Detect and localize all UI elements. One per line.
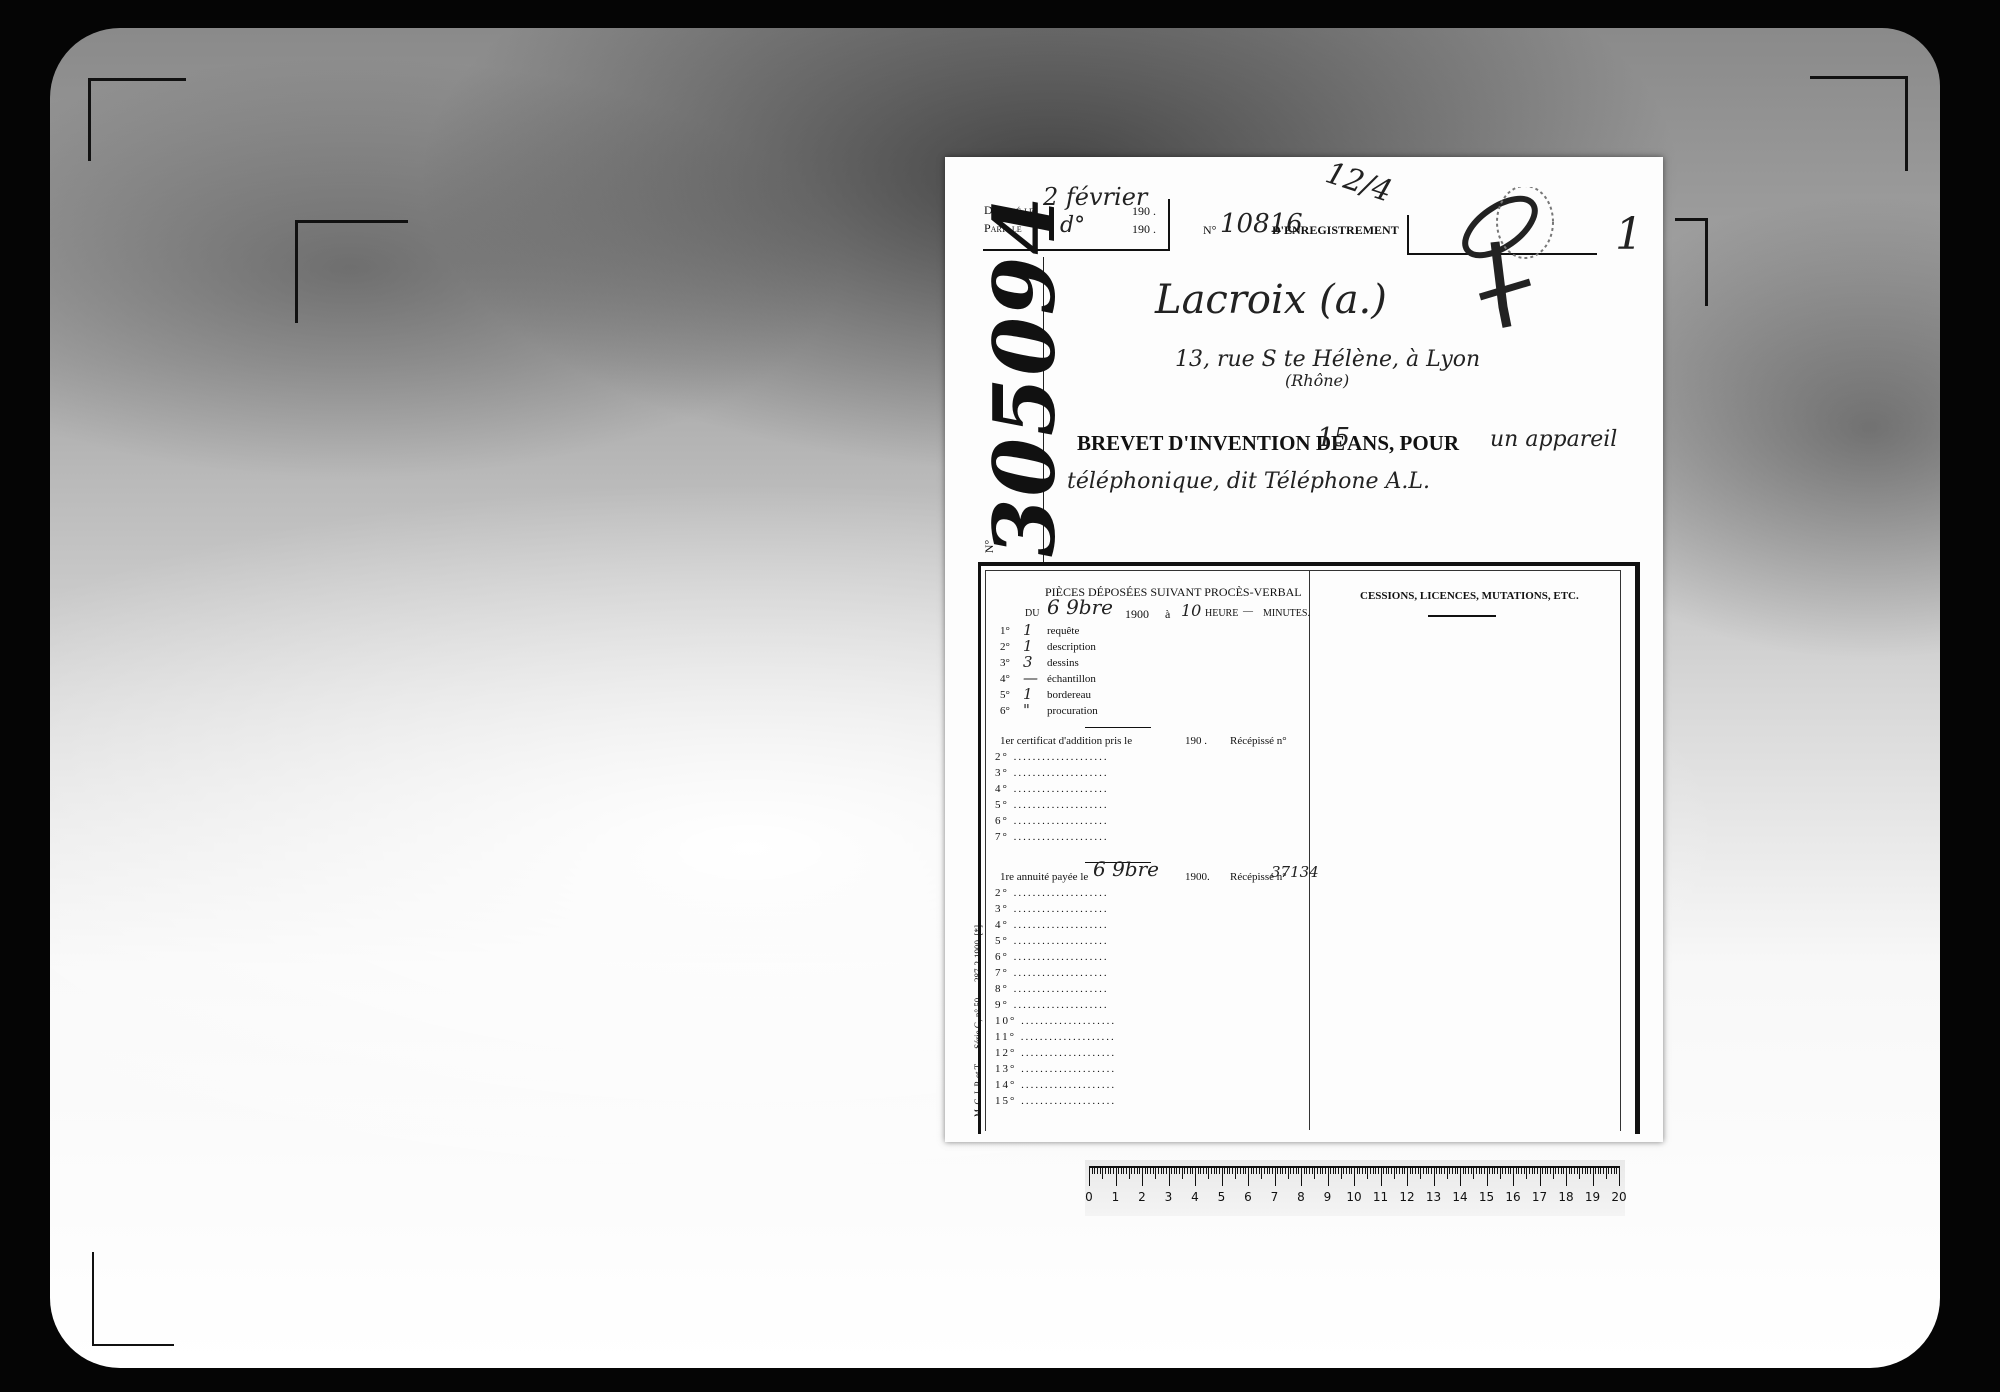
ruler-tick bbox=[1394, 1166, 1395, 1179]
ruler-tick bbox=[1224, 1166, 1225, 1174]
handwritten-stamp-mark bbox=[1425, 187, 1575, 337]
holder-address-line2: (Rhône) bbox=[1285, 371, 1349, 390]
crop-mark-bottom-left bbox=[92, 1252, 174, 1346]
ruler-tick bbox=[1577, 1166, 1578, 1174]
ruler-tick bbox=[1192, 1166, 1193, 1174]
ruler-tick bbox=[1094, 1166, 1095, 1174]
ruler-label: 14 bbox=[1452, 1190, 1467, 1204]
ruler-tick bbox=[1614, 1166, 1615, 1174]
ruler-tick bbox=[1526, 1166, 1527, 1179]
ruler-label: 7 bbox=[1271, 1190, 1279, 1204]
ruler-tick bbox=[1121, 1166, 1122, 1174]
ruler-tick bbox=[1532, 1166, 1533, 1174]
ruler-tick bbox=[1608, 1166, 1609, 1174]
ruler-tick bbox=[1571, 1166, 1572, 1174]
piece-number: 5° bbox=[1000, 689, 1010, 701]
title-object-line1: un appareil bbox=[1490, 427, 1617, 452]
ruler-tick bbox=[1598, 1166, 1599, 1174]
ruler-tick bbox=[1269, 1166, 1270, 1174]
annuite-row: 6° .................... bbox=[995, 951, 1105, 963]
ruler-tick bbox=[1335, 1166, 1336, 1174]
ruler-tick bbox=[1579, 1166, 1580, 1179]
ruler-tick bbox=[1396, 1166, 1397, 1174]
ruler-tick bbox=[1455, 1166, 1456, 1174]
patent-number-prefix: N° bbox=[982, 540, 997, 553]
ruler-tick bbox=[1367, 1166, 1368, 1179]
ruler-tick bbox=[1553, 1166, 1554, 1179]
ruler-tick bbox=[1434, 1166, 1435, 1186]
ruler-tick bbox=[1452, 1166, 1453, 1174]
annuite-recepisse-value: 37134 bbox=[1271, 863, 1319, 881]
ruler-tick bbox=[1378, 1166, 1379, 1174]
ruler-label: 4 bbox=[1191, 1190, 1199, 1204]
ruler-tick bbox=[1139, 1166, 1140, 1174]
ruler-tick bbox=[1439, 1166, 1440, 1174]
ruler-tick bbox=[1264, 1166, 1265, 1174]
ruler-tick bbox=[1616, 1166, 1617, 1174]
ruler-label: 9 bbox=[1324, 1190, 1332, 1204]
side-caption: M. C. I. P. et T. — Série G, n° 50. — 28… bbox=[973, 925, 983, 1117]
column-divider bbox=[1309, 570, 1310, 1130]
ruler-tick bbox=[1325, 1166, 1326, 1174]
ruler-tick bbox=[1574, 1166, 1575, 1174]
ruler-tick bbox=[1593, 1166, 1594, 1186]
ruler-tick bbox=[1391, 1166, 1392, 1174]
ruler-tick bbox=[1603, 1166, 1604, 1174]
ruler-tick bbox=[1142, 1166, 1143, 1186]
ruler-tick bbox=[1471, 1166, 1472, 1174]
ruler-tick bbox=[1540, 1166, 1541, 1186]
ruler-tick bbox=[1285, 1166, 1286, 1174]
ruler-tick bbox=[1518, 1166, 1519, 1174]
ruler-tick bbox=[1407, 1166, 1408, 1186]
ruler-tick bbox=[1158, 1166, 1159, 1174]
piece-number: 2° bbox=[1000, 641, 1010, 653]
ruler-tick bbox=[1137, 1166, 1138, 1174]
ruler-tick bbox=[1444, 1166, 1445, 1174]
ruler-tick bbox=[1542, 1166, 1543, 1174]
ruler-tick bbox=[1190, 1166, 1191, 1174]
ruler-tick bbox=[1100, 1166, 1101, 1174]
ruler-tick bbox=[1487, 1166, 1488, 1186]
ruler-tick bbox=[1463, 1166, 1464, 1174]
annuite-row: 4° .................... bbox=[995, 919, 1105, 931]
ruler-tick bbox=[1306, 1166, 1307, 1174]
ruler-tick bbox=[1328, 1166, 1329, 1186]
ruler-label: 20 bbox=[1611, 1190, 1626, 1204]
ruler-tick bbox=[1134, 1166, 1135, 1174]
ruler-tick bbox=[1089, 1166, 1090, 1186]
ruler-tick bbox=[1436, 1166, 1437, 1174]
ruler-tick bbox=[1118, 1166, 1119, 1174]
ruler-tick bbox=[1399, 1166, 1400, 1174]
holder-name: Lacroix (a.) bbox=[1155, 277, 1387, 323]
patent-number: 305094 bbox=[975, 194, 1074, 557]
ruler-tick bbox=[1481, 1166, 1482, 1174]
ruler-label: 10 bbox=[1346, 1190, 1361, 1204]
ruler-tick bbox=[1256, 1166, 1257, 1174]
ruler-tick bbox=[1457, 1166, 1458, 1174]
ruler-tick bbox=[1595, 1166, 1596, 1174]
annuite-row: 7° .................... bbox=[995, 967, 1105, 979]
ruler-tick bbox=[1547, 1166, 1548, 1174]
ruler-tick bbox=[1229, 1166, 1230, 1174]
ruler-label: 11 bbox=[1373, 1190, 1388, 1204]
ruler-tick bbox=[1198, 1166, 1199, 1174]
ruler-tick bbox=[1418, 1166, 1419, 1174]
ruler-label: 0 bbox=[1085, 1190, 1093, 1204]
ruler-tick bbox=[1431, 1166, 1432, 1174]
ruler-tick bbox=[1524, 1166, 1525, 1174]
ruler-tick bbox=[1516, 1166, 1517, 1174]
annuite-first-label: 1re annuité payée le bbox=[1000, 871, 1088, 883]
ruler-tick bbox=[1489, 1166, 1490, 1174]
crop-mark-top-left-outer bbox=[88, 78, 186, 161]
ruler-tick bbox=[1290, 1166, 1291, 1174]
ruler-tick bbox=[1341, 1166, 1342, 1179]
ruler-tick bbox=[1248, 1166, 1249, 1186]
ruler-tick bbox=[1370, 1166, 1371, 1174]
ruler-tick bbox=[1513, 1166, 1514, 1186]
ruler-tick bbox=[1484, 1166, 1485, 1174]
pieces-minutes-value: — bbox=[1243, 606, 1253, 617]
ruler-tick bbox=[1102, 1166, 1103, 1179]
ruler-tick bbox=[1351, 1166, 1352, 1174]
ruler-tick bbox=[1479, 1166, 1480, 1174]
header-rule-left-vertical bbox=[1168, 199, 1170, 251]
ruler-tick bbox=[1468, 1166, 1469, 1174]
ruler-label: 8 bbox=[1297, 1190, 1305, 1204]
ruler-tick bbox=[1582, 1166, 1583, 1174]
ruler-tick bbox=[1216, 1166, 1217, 1174]
ruler-tick bbox=[1343, 1166, 1344, 1174]
ruler-tick bbox=[1108, 1166, 1109, 1174]
ruler-tick bbox=[1510, 1166, 1511, 1174]
patent-card: Délivré le 2 février 190 . Parti le d° 1… bbox=[945, 157, 1663, 1142]
ruler-tick bbox=[1182, 1166, 1183, 1179]
ruler-tick bbox=[1428, 1166, 1429, 1174]
ruler-tick bbox=[1259, 1166, 1260, 1174]
certificat-row: 2° .................... bbox=[995, 751, 1105, 763]
ruler-tick bbox=[1235, 1166, 1236, 1179]
ruler-tick bbox=[1253, 1166, 1254, 1174]
ruler-tick bbox=[1245, 1166, 1246, 1174]
ruler-tick bbox=[1304, 1166, 1305, 1174]
annuite-row: 15° .................... bbox=[995, 1095, 1105, 1107]
ruler-tick bbox=[1420, 1166, 1421, 1179]
ruler-tick bbox=[1312, 1166, 1313, 1174]
ruler-tick bbox=[1415, 1166, 1416, 1174]
ruler-tick bbox=[1296, 1166, 1297, 1174]
ruler-tick bbox=[1147, 1166, 1148, 1174]
ruler-tick bbox=[1349, 1166, 1350, 1174]
ruler-tick bbox=[1243, 1166, 1244, 1174]
ruler-tick bbox=[1145, 1166, 1146, 1174]
ruler-tick bbox=[1465, 1166, 1466, 1174]
ruler-tick bbox=[1563, 1166, 1564, 1174]
ruler-tick bbox=[1373, 1166, 1374, 1174]
ruler-tick bbox=[1330, 1166, 1331, 1174]
piece-label: bordereau bbox=[1047, 689, 1091, 701]
ruler-tick bbox=[1282, 1166, 1283, 1174]
annuite-row: 3° .................... bbox=[995, 903, 1105, 915]
pieces-separator bbox=[1085, 727, 1151, 728]
ruler-tick bbox=[1611, 1166, 1612, 1174]
ruler-tick bbox=[1163, 1166, 1164, 1174]
crop-mark-top-left-inner bbox=[295, 220, 408, 323]
annuite-year: 1900. bbox=[1185, 871, 1210, 883]
ruler-label: 2 bbox=[1138, 1190, 1146, 1204]
certificat-row: 5° .................... bbox=[995, 799, 1105, 811]
ruler-tick bbox=[1301, 1166, 1302, 1186]
ruler-tick bbox=[1298, 1166, 1299, 1174]
ruler-tick bbox=[1251, 1166, 1252, 1174]
ruler-label: 13 bbox=[1426, 1190, 1441, 1204]
parti-year: 190 . bbox=[1132, 222, 1156, 237]
annuite-row: 8° .................... bbox=[995, 983, 1105, 995]
ruler-tick bbox=[1473, 1166, 1474, 1179]
ruler-tick bbox=[1275, 1166, 1276, 1186]
annuite-first-date: 6 9bre bbox=[1093, 857, 1159, 881]
ruler-tick bbox=[1153, 1166, 1154, 1174]
ruler-tick bbox=[1155, 1166, 1156, 1179]
ruler-tick bbox=[1502, 1166, 1503, 1174]
ruler-tick bbox=[1606, 1166, 1607, 1179]
holder-address-line1: 13, rue S te Hélène, à Lyon bbox=[1175, 347, 1480, 372]
ruler-tick bbox=[1219, 1166, 1220, 1174]
ruler-tick bbox=[1561, 1166, 1562, 1174]
ruler-tick bbox=[1365, 1166, 1366, 1174]
ruler-tick bbox=[1277, 1166, 1278, 1174]
crop-mark-top-right-outer bbox=[1810, 76, 1908, 171]
ruler-label: 17 bbox=[1532, 1190, 1547, 1204]
piece-label: échantillon bbox=[1047, 673, 1096, 685]
ruler-tick bbox=[1587, 1166, 1588, 1174]
piece-label: description bbox=[1047, 641, 1096, 653]
ruler-tick bbox=[1232, 1166, 1233, 1174]
ruler-tick bbox=[1381, 1166, 1382, 1186]
certificat-row: 6° .................... bbox=[995, 815, 1105, 827]
title-object-line2: téléphonique, dit Téléphone A.L. bbox=[1067, 469, 1430, 494]
ruler-tick bbox=[1333, 1166, 1334, 1174]
ruler-tick bbox=[1171, 1166, 1172, 1174]
ruler-tick bbox=[1113, 1166, 1114, 1174]
pieces-year: 1900 bbox=[1125, 607, 1149, 622]
annuite-row: 5° .................... bbox=[995, 935, 1105, 947]
ruler-tick bbox=[1187, 1166, 1188, 1174]
ruler-tick bbox=[1280, 1166, 1281, 1174]
ruler-tick bbox=[1261, 1166, 1262, 1179]
ruler-tick bbox=[1161, 1166, 1162, 1174]
annuite-row: 9° .................... bbox=[995, 999, 1105, 1011]
ruler-tick bbox=[1404, 1166, 1405, 1174]
ruler-tick bbox=[1402, 1166, 1403, 1174]
ruler-label: 16 bbox=[1505, 1190, 1520, 1204]
piece-label: dessins bbox=[1047, 657, 1079, 669]
annuite-row: 13° .................... bbox=[995, 1063, 1105, 1075]
pieces-hour-value: 10 bbox=[1181, 601, 1201, 620]
ruler-label: 5 bbox=[1218, 1190, 1226, 1204]
ruler-tick bbox=[1521, 1166, 1522, 1174]
piece-count: " bbox=[1023, 701, 1030, 719]
ruler-tick bbox=[1441, 1166, 1442, 1174]
ruler-tick bbox=[1184, 1166, 1185, 1174]
ruler-tick bbox=[1317, 1166, 1318, 1174]
ruler-tick bbox=[1449, 1166, 1450, 1174]
ruler-label: 3 bbox=[1165, 1190, 1173, 1204]
folio-number: 12/4 bbox=[1321, 155, 1396, 209]
piece-number: 1° bbox=[1000, 625, 1010, 637]
ruler-tick bbox=[1150, 1166, 1151, 1174]
ruler-label: 6 bbox=[1244, 1190, 1252, 1204]
ruler-tick bbox=[1534, 1166, 1535, 1174]
ruler-label: 1 bbox=[1112, 1190, 1120, 1204]
ruler-tick bbox=[1600, 1166, 1601, 1174]
piece-label: procuration bbox=[1047, 705, 1098, 717]
ruler-tick bbox=[1123, 1166, 1124, 1174]
piece-number: 4° bbox=[1000, 673, 1010, 685]
scale-ruler: 01234567891011121314151617181920 bbox=[1085, 1160, 1625, 1216]
ruler-tick bbox=[1505, 1166, 1506, 1174]
ruler-tick bbox=[1240, 1166, 1241, 1174]
ruler-tick bbox=[1169, 1166, 1170, 1186]
ruler-tick bbox=[1537, 1166, 1538, 1174]
certificat-first-label: 1er certificat d'addition pris le bbox=[1000, 735, 1132, 747]
ruler-label: 15 bbox=[1479, 1190, 1494, 1204]
pieces-du-label: DU bbox=[1025, 608, 1039, 619]
ruler-tick bbox=[1529, 1166, 1530, 1174]
title-middle: ANS, POUR bbox=[1347, 431, 1459, 456]
certificat-row: 7° .................... bbox=[995, 831, 1105, 843]
ruler-tick bbox=[1227, 1166, 1228, 1174]
header-rule-right-vertical bbox=[1407, 215, 1409, 255]
enregistrement-label: D'ENREGISTREMENT bbox=[1272, 223, 1399, 238]
ruler-tick bbox=[1105, 1166, 1106, 1174]
ruler-tick bbox=[1388, 1166, 1389, 1174]
enregistrement-prefix: N° bbox=[1203, 223, 1216, 238]
ruler-tick bbox=[1211, 1166, 1212, 1174]
ruler-tick bbox=[1208, 1166, 1209, 1179]
ruler-tick bbox=[1176, 1166, 1177, 1174]
ruler-tick bbox=[1293, 1166, 1294, 1174]
annuite-row: 2° .................... bbox=[995, 887, 1105, 899]
ruler-tick bbox=[1288, 1166, 1289, 1179]
ruler-tick bbox=[1195, 1166, 1196, 1186]
annuite-row: 10° .................... bbox=[995, 1015, 1105, 1027]
ruler-tick bbox=[1590, 1166, 1591, 1174]
ruler-tick bbox=[1222, 1166, 1223, 1186]
ruler-tick bbox=[1410, 1166, 1411, 1174]
pieces-du-value: 6 9bre bbox=[1047, 595, 1113, 619]
ruler-tick bbox=[1179, 1166, 1180, 1174]
ruler-tick bbox=[1237, 1166, 1238, 1174]
ruler-tick bbox=[1092, 1166, 1093, 1174]
ruler-tick bbox=[1508, 1166, 1509, 1174]
certificat-recepisse-label: Récépissé n° bbox=[1230, 735, 1287, 747]
ruler-tick bbox=[1426, 1166, 1427, 1174]
ruler-tick bbox=[1569, 1166, 1570, 1174]
ruler-tick bbox=[1619, 1166, 1620, 1186]
ruler-tick bbox=[1320, 1166, 1321, 1174]
ruler-tick bbox=[1214, 1166, 1215, 1174]
cessions-underline bbox=[1428, 615, 1496, 617]
annuite-row: 14° .................... bbox=[995, 1079, 1105, 1091]
ruler-tick bbox=[1267, 1166, 1268, 1174]
ruler-label: 18 bbox=[1558, 1190, 1573, 1204]
ruler-tick bbox=[1174, 1166, 1175, 1174]
ruler-tick bbox=[1166, 1166, 1167, 1174]
ruler-tick bbox=[1545, 1166, 1546, 1174]
ruler-tick bbox=[1585, 1166, 1586, 1174]
ruler-tick bbox=[1309, 1166, 1310, 1174]
delivre-year: 190 . bbox=[1132, 204, 1156, 219]
ruler-tick bbox=[1097, 1166, 1098, 1174]
ruler-tick bbox=[1492, 1166, 1493, 1174]
ruler-tick bbox=[1500, 1166, 1501, 1179]
ruler-tick bbox=[1322, 1166, 1323, 1174]
ruler-tick bbox=[1476, 1166, 1477, 1174]
ruler-tick bbox=[1558, 1166, 1559, 1174]
ruler-tick bbox=[1200, 1166, 1201, 1174]
ruler-tick bbox=[1131, 1166, 1132, 1174]
annuite-row: 12° .................... bbox=[995, 1047, 1105, 1059]
pieces-a-label: à bbox=[1165, 607, 1170, 622]
ruler-tick bbox=[1314, 1166, 1315, 1179]
ruler-tick bbox=[1346, 1166, 1347, 1174]
ruler-tick bbox=[1383, 1166, 1384, 1174]
certificat-row: 4° .................... bbox=[995, 783, 1105, 795]
ruler-tick bbox=[1357, 1166, 1358, 1174]
ruler-tick bbox=[1497, 1166, 1498, 1174]
piece-label: requête bbox=[1047, 625, 1079, 637]
crop-mark-top-right-inner bbox=[1675, 218, 1708, 306]
ruler-tick bbox=[1447, 1166, 1448, 1179]
ruler-tick bbox=[1362, 1166, 1363, 1174]
pieces-minutes-label: MINUTES. bbox=[1263, 608, 1310, 619]
corner-mark: 1 bbox=[1615, 209, 1643, 260]
ruler-tick bbox=[1110, 1166, 1111, 1174]
piece-number: 3° bbox=[1000, 657, 1010, 669]
ruler-tick bbox=[1354, 1166, 1355, 1186]
ruler-tick bbox=[1129, 1166, 1130, 1179]
ruler-tick bbox=[1272, 1166, 1273, 1174]
ruler-tick bbox=[1460, 1166, 1461, 1186]
title-years: 15 bbox=[1317, 423, 1350, 453]
ruler-tick bbox=[1206, 1166, 1207, 1174]
ruler-label: 19 bbox=[1585, 1190, 1600, 1204]
ruler-tick bbox=[1338, 1166, 1339, 1174]
ruler-tick bbox=[1412, 1166, 1413, 1174]
ruler-label: 12 bbox=[1399, 1190, 1414, 1204]
annuite-row: 11° .................... bbox=[995, 1031, 1105, 1043]
ruler-tick bbox=[1423, 1166, 1424, 1174]
ruler-tick bbox=[1550, 1166, 1551, 1174]
ruler-tick bbox=[1203, 1166, 1204, 1174]
cessions-heading: CESSIONS, LICENCES, MUTATIONS, ETC. bbox=[1360, 590, 1579, 602]
piece-number: 6° bbox=[1000, 705, 1010, 717]
title-prefix: BREVET D'INVENTION DE bbox=[1077, 431, 1345, 456]
ruler-tick bbox=[1375, 1166, 1376, 1174]
ruler-tick bbox=[1566, 1166, 1567, 1186]
certificat-row: 3° .................... bbox=[995, 767, 1105, 779]
ruler-tick bbox=[1359, 1166, 1360, 1174]
pieces-heure-label: HEURE bbox=[1205, 608, 1238, 619]
ruler-tick bbox=[1116, 1166, 1117, 1186]
ruler-tick bbox=[1386, 1166, 1387, 1174]
ruler-tick bbox=[1555, 1166, 1556, 1174]
ruler-tick bbox=[1494, 1166, 1495, 1174]
certificat-year: 190 . bbox=[1185, 735, 1207, 747]
